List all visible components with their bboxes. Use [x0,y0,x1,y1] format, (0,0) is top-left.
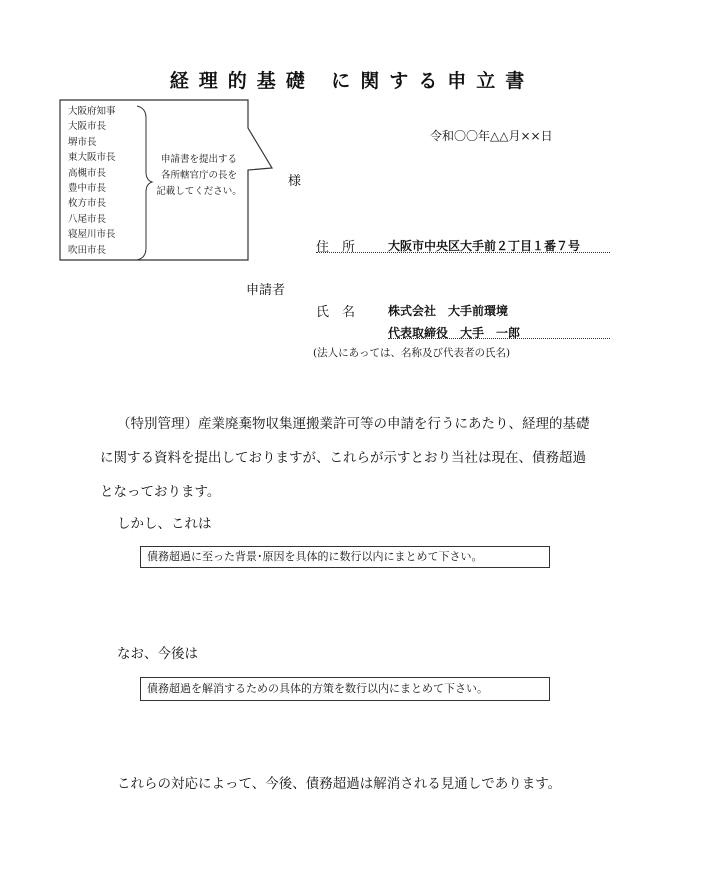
callout-note: 申請書を提出する 各所轄官庁の長を 記載してください。 [144,152,254,200]
office-item: 大阪市長 [68,119,116,134]
furthermore-text: なお、今後は [117,642,198,662]
office-item: 寝屋川市長 [68,227,116,242]
however-text: しかし、これは [117,512,212,532]
note-line: 各所轄官庁の長を [144,168,254,184]
cause-instruction-box[interactable]: 債務超過に至った背景･原因を具体的に数行以内にまとめて下さい。 [140,546,550,568]
office-list: 大阪府知事 大阪市長 堺市長 東大阪市長 高槻市長 豊中市長 枚方市長 八尾市長… [68,104,116,258]
name-note: (法人にあっては、名称及び代表者の氏名) [313,345,510,360]
office-item: 東大阪市長 [68,150,116,165]
conclusion-text: これらの対応によって、今後、債務超過は解消される見通しであります。 [117,772,561,792]
office-item: 吹田市長 [68,243,116,258]
name-label: 氏 名 [316,301,355,320]
office-item: 大阪府知事 [68,104,116,119]
note-line: 申請書を提出する [144,152,254,168]
honorific: 様 [288,170,301,189]
office-item: 堺市長 [68,135,116,150]
paragraph-line: となっております。 [100,480,220,500]
office-item: 高槻市長 [68,166,116,181]
applicant-label: 申請者 [246,279,285,298]
date: 令和〇〇年△△月××日 [430,127,553,144]
paragraph-line: （特別管理）産業廃棄物収集運搬業許可等の申請を行うにあたり、経理的基礎 [117,412,590,432]
office-item: 八尾市長 [68,212,116,227]
solution-instruction-box[interactable]: 債務超過を解消するための具体的方策を数行以内にまとめて下さい。 [140,677,550,701]
paragraph-line: に関する資料を提出しておりますが、これらが示すとおり当社は現在、債務超過 [100,446,586,466]
note-line: 記載してください。 [144,184,254,200]
office-item: 枚方市長 [68,196,116,211]
office-item: 豊中市長 [68,181,116,196]
company-name: 株式会社 大手前環境 [388,302,508,319]
address-value: 大阪市中央区大手前２丁目１番７号 [388,237,580,254]
name-underline [388,338,610,339]
